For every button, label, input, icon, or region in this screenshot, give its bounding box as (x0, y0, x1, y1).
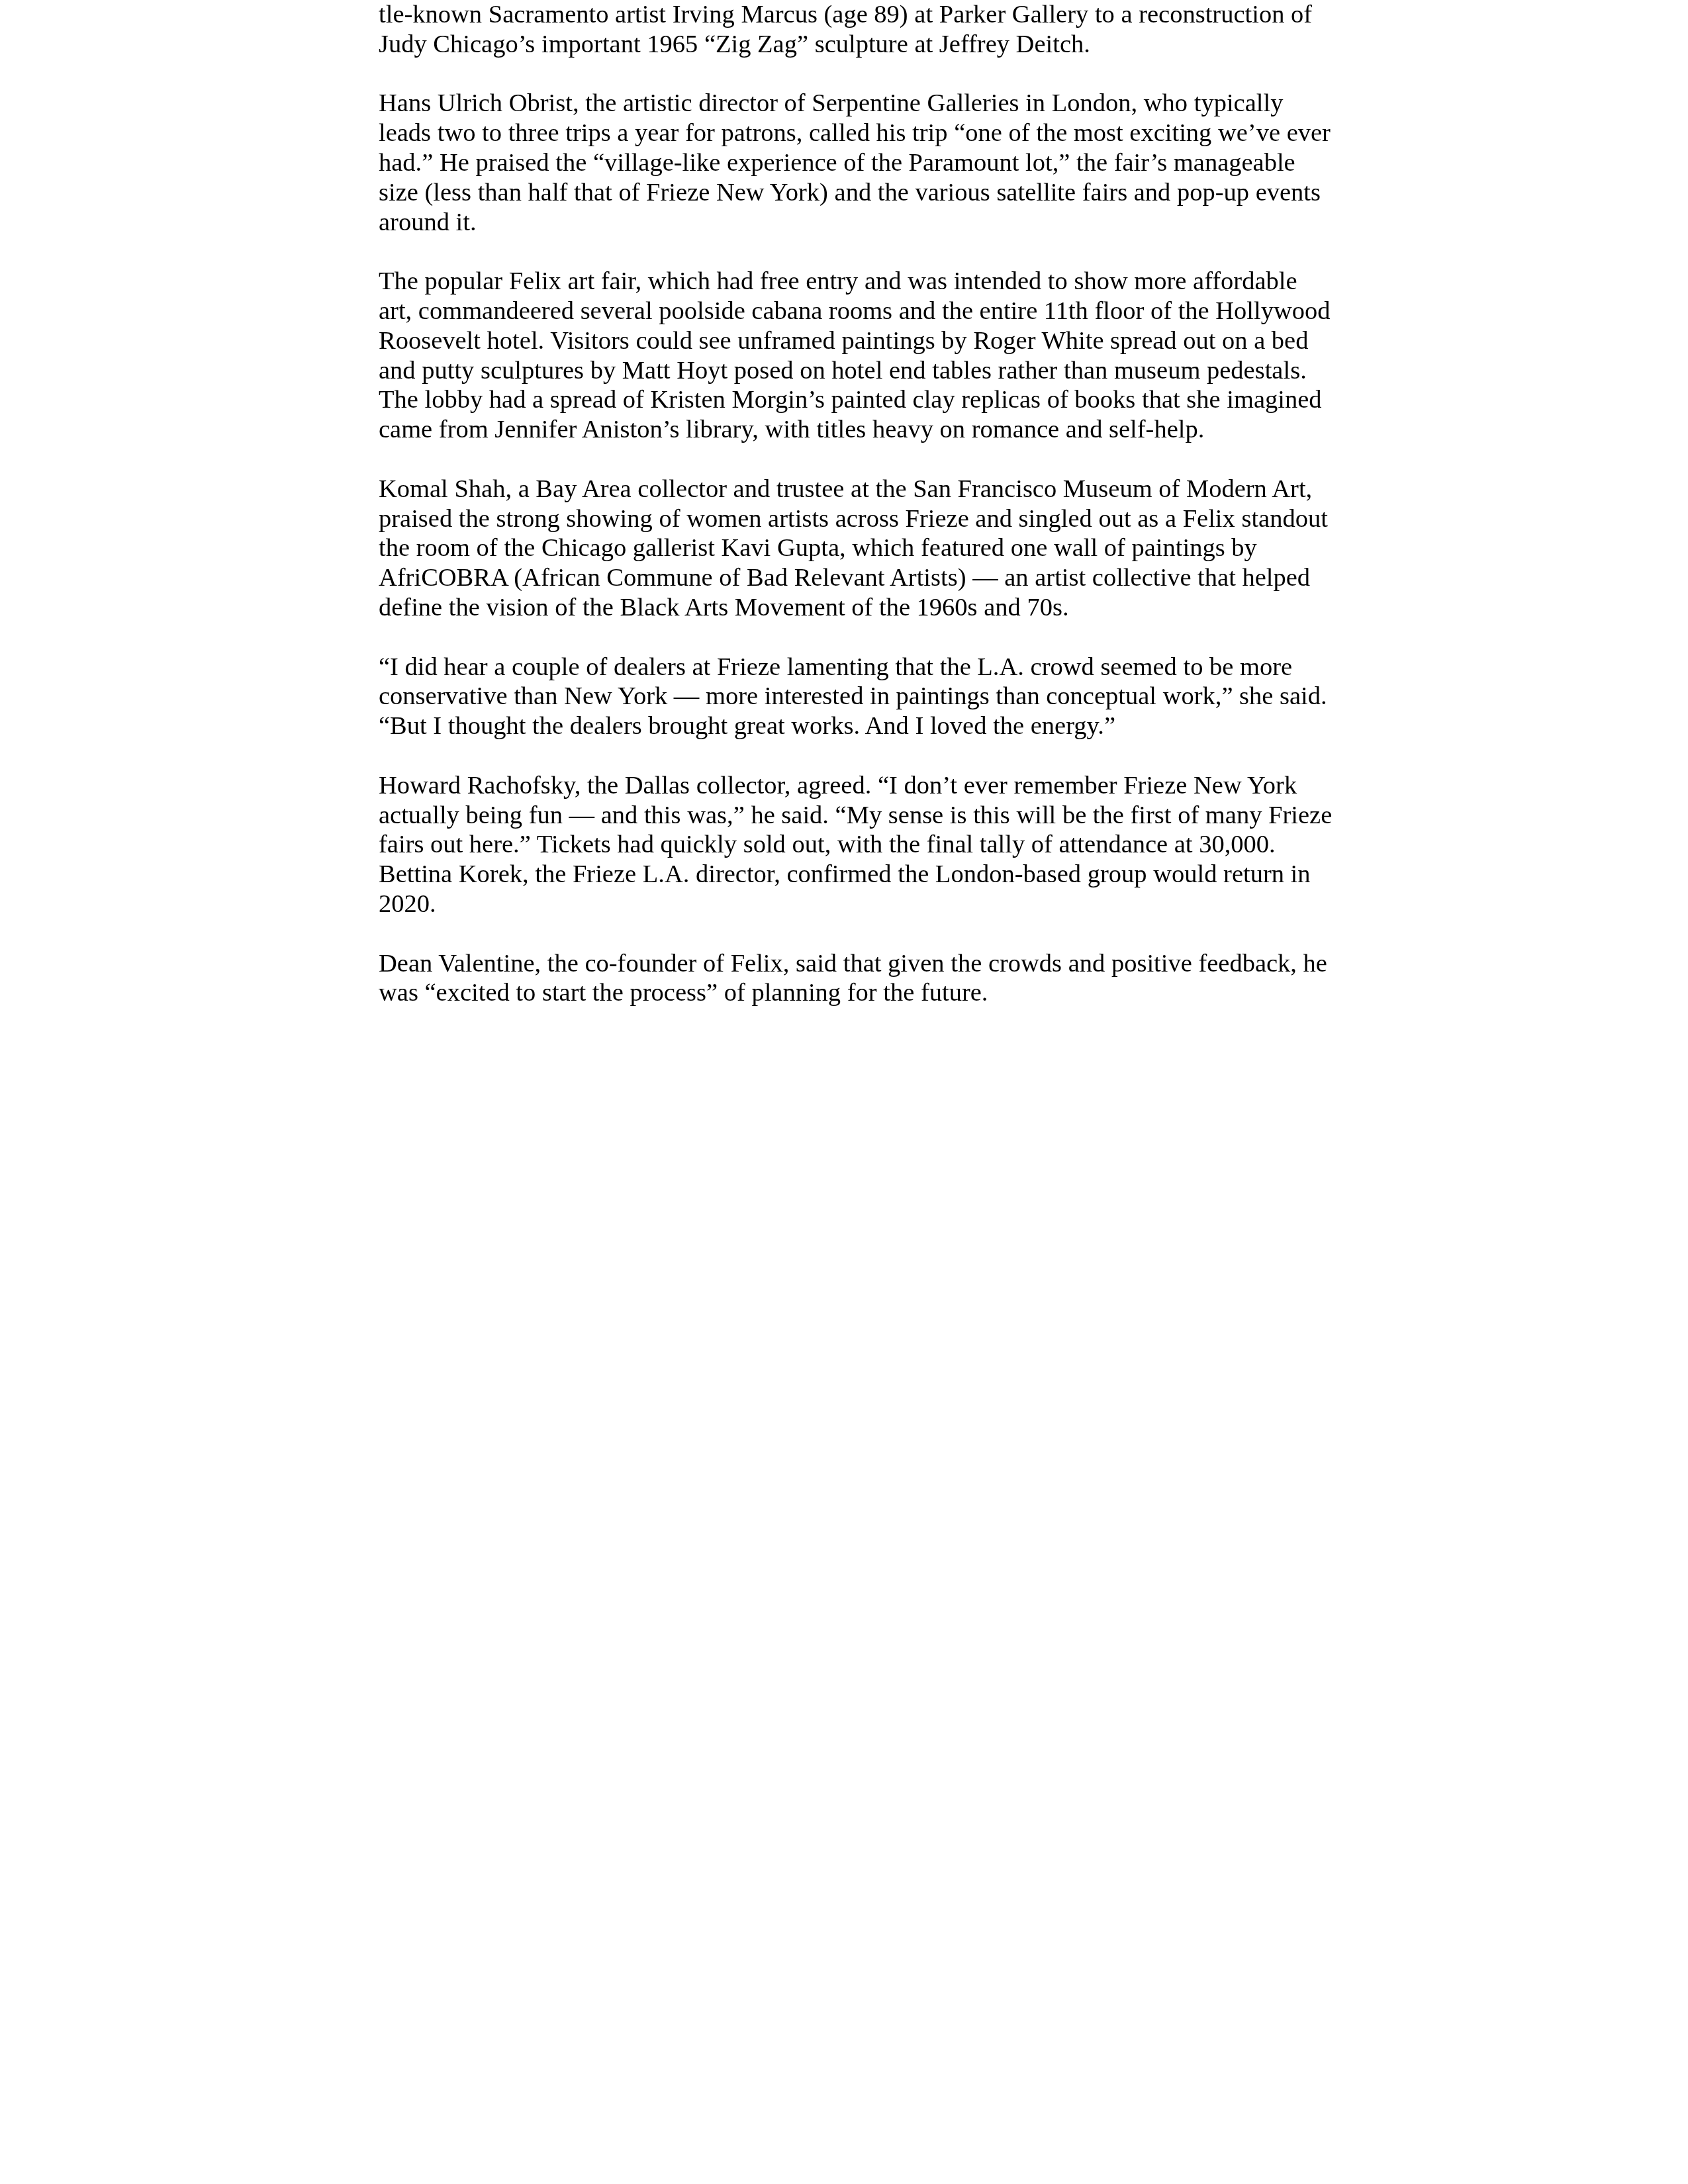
text-line: “But I thought the dealers brought great… (379, 711, 1305, 741)
text-line: came from Jennifer Aniston’s library, wi… (379, 415, 1305, 445)
text-line: define the vision of the Black Arts Move… (379, 593, 1305, 623)
text-line: the room of the Chicago gallerist Kavi G… (379, 533, 1305, 563)
text-line: conservative than New York — more intere… (379, 682, 1305, 711)
text-line: Hans Ulrich Obrist, the artistic directo… (379, 89, 1305, 118)
text-line: around it. (379, 208, 1305, 238)
text-line: praised the strong showing of women arti… (379, 504, 1305, 534)
text-line: “I did hear a couple of dealers at Friez… (379, 653, 1305, 682)
paragraph-7: Dean Valentine, the co-founder of Felix,… (379, 949, 1305, 1009)
text-line: Howard Rachofsky, the Dallas collector, … (379, 771, 1305, 801)
text-line: and putty sculptures by Matt Hoyt posed … (379, 356, 1305, 386)
paragraph-1: tle-known Sacramento artist Irving Marcu… (379, 0, 1305, 60)
text-line: 2020. (379, 889, 1305, 919)
text-line: Komal Shah, a Bay Area collector and tru… (379, 475, 1305, 504)
text-line: fairs out here.” Tickets had quickly sol… (379, 830, 1305, 860)
text-line: Roosevelt hotel. Visitors could see unfr… (379, 326, 1305, 356)
text-line: art, commandeered several poolside caban… (379, 296, 1305, 326)
text-line: Bettina Korek, the Frieze L.A. director,… (379, 860, 1305, 889)
text-line: was “excited to start the process” of pl… (379, 978, 1305, 1008)
text-line: The popular Felix art fair, which had fr… (379, 267, 1305, 296)
text-line: tle-known Sacramento artist Irving Marcu… (379, 0, 1305, 30)
text-line: size (less than half that of Frieze New … (379, 178, 1305, 208)
paragraph-2: Hans Ulrich Obrist, the artistic directo… (379, 89, 1305, 237)
text-line: leads two to three trips a year for patr… (379, 118, 1305, 148)
document-page: tle-known Sacramento artist Irving Marcu… (379, 0, 1305, 1038)
text-line: Dean Valentine, the co-founder of Felix,… (379, 949, 1305, 979)
paragraph-4: Komal Shah, a Bay Area collector and tru… (379, 475, 1305, 623)
paragraph-5: “I did hear a couple of dealers at Friez… (379, 653, 1305, 741)
text-line: actually being fun — and this was,” he s… (379, 801, 1305, 831)
paragraph-6: Howard Rachofsky, the Dallas collector, … (379, 771, 1305, 919)
text-line: Judy Chicago’s important 1965 “Zig Zag” … (379, 30, 1305, 60)
paragraph-3: The popular Felix art fair, which had fr… (379, 267, 1305, 445)
text-line: AfriCOBRA (African Commune of Bad Releva… (379, 563, 1305, 593)
text-line: The lobby had a spread of Kristen Morgin… (379, 385, 1305, 415)
text-line: had.” He praised the “village-like exper… (379, 148, 1305, 178)
